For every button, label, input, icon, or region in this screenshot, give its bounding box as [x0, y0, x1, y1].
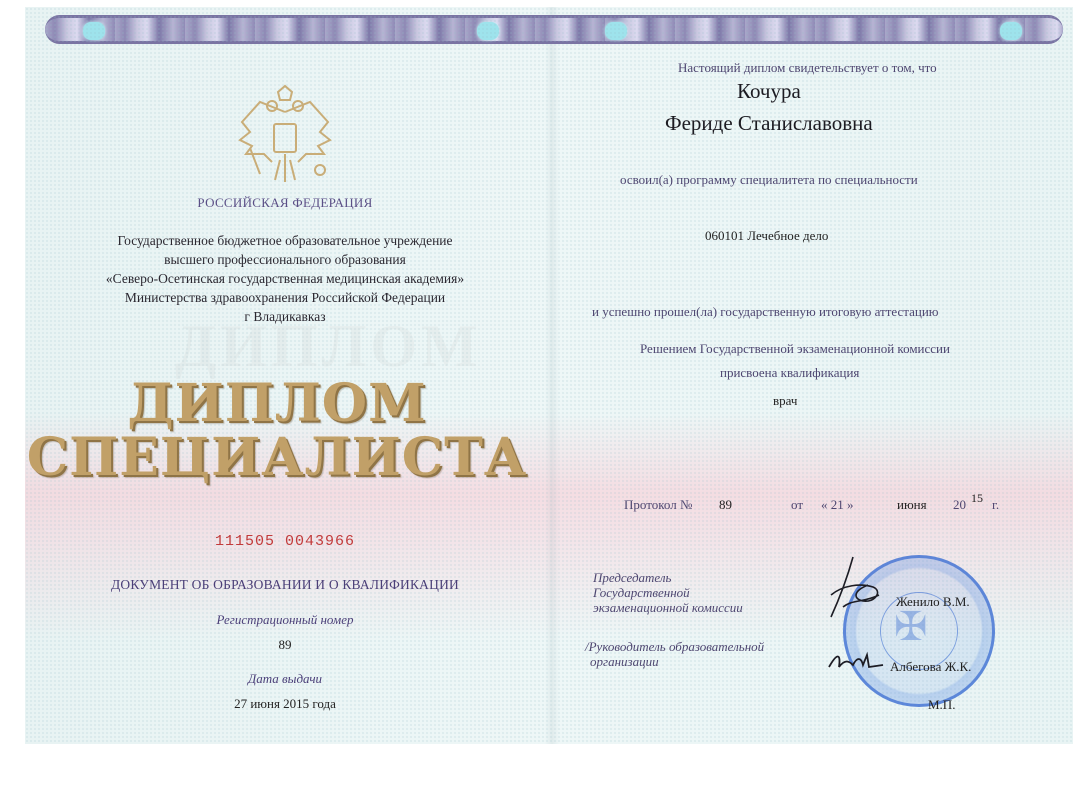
seal-eagle-icon: ✠ — [894, 603, 928, 650]
certification-statement: Настоящий диплом свидетельствует о том, … — [678, 60, 937, 76]
head-signature-icon — [827, 649, 887, 675]
registration-number: 89 — [25, 637, 545, 653]
protocol-from-label: от — [791, 497, 803, 513]
protocol-month: июня — [897, 497, 927, 513]
qualification-assigned-label: присвоена квалификация — [720, 365, 859, 381]
protocol-year-suffix: 15 — [971, 491, 983, 506]
protocol-label: Протокол № — [624, 497, 692, 513]
country-name: РОССИЙСКАЯ ФЕДЕРАЦИЯ — [25, 195, 545, 211]
right-page: Настоящий диплом свидетельствует о том, … — [545, 7, 1073, 744]
issue-date: 27 июня 2015 года — [25, 696, 545, 712]
document-type: ДОКУМЕНТ ОБ ОБРАЗОВАНИИ И О КВАЛИФИКАЦИИ — [25, 577, 545, 593]
holder-given-names: Фериде Станиславовна — [665, 111, 873, 136]
head-title: /Руководитель образовательной организаци… — [585, 639, 764, 669]
diploma-title: ДИПЛОМ — [17, 373, 537, 434]
chairman-name: Женило В.М. — [896, 594, 970, 610]
seal-label: М.П. — [928, 697, 955, 713]
coat-of-arms-icon — [230, 82, 340, 192]
left-page: РОССИЙСКАЯ ФЕДЕРАЦИЯ Государственное бюд… — [25, 7, 545, 744]
head-name: Албегова Ж.К. — [890, 659, 971, 675]
chairman-title: Председатель Государственной экзаменацио… — [593, 570, 743, 615]
issue-date-label: Дата выдачи — [25, 671, 545, 687]
attestation-statement: и успешно прошел(ла) государственную ито… — [592, 304, 939, 320]
holder-surname: Кочура — [737, 79, 801, 104]
protocol-year-label: г. — [992, 497, 999, 513]
program-statement: освоил(а) программу специалитета по спец… — [620, 172, 918, 188]
qualification: врач — [773, 393, 797, 409]
commission-decision: Решением Государственной экзаменационной… — [640, 341, 950, 357]
diploma-subtitle: СПЕЦИАЛИСТА — [17, 427, 537, 488]
specialty: 060101 Лечебное дело — [705, 228, 828, 244]
registration-label: Регистрационный номер — [25, 612, 545, 628]
protocol-day: « 21 » — [821, 497, 854, 513]
protocol-year-prefix: 20 — [953, 497, 966, 513]
serial-number: 111505 0043966 — [25, 533, 545, 550]
watermark-text: ДИПЛОМ — [175, 312, 482, 381]
chairman-signature-icon — [823, 555, 893, 625]
protocol-number: 89 — [719, 497, 732, 513]
